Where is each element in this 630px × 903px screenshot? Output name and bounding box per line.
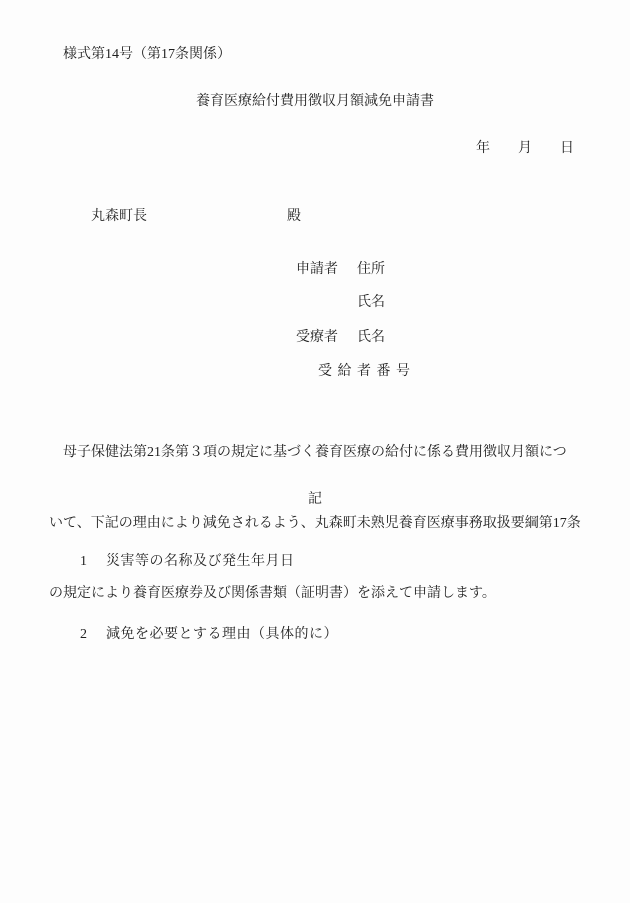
date-day-label: 日 — [560, 139, 574, 159]
list-item-1-text: 災害等の名称及び発生年月日 — [106, 554, 295, 569]
form-number: 様式第14号（第17条関係） — [63, 45, 231, 65]
addressee-line: 丸森町長殿 — [77, 187, 301, 247]
date-month-label: 月 — [518, 139, 532, 159]
date-line: 年 月 日 — [476, 139, 574, 159]
list-item-1: 1災害等の名称及び発生年月日 — [66, 532, 295, 592]
addressee-name: 丸森町長 — [91, 209, 147, 224]
document-title: 養育医療給付費用徴収月額減免申請書 — [0, 92, 630, 112]
list-item-1-number: 1 — [80, 554, 87, 569]
body-paragraph-line: 母子保健法第21条第３項の規定に基づく養育医療の給付に係る費用徴収月額につ — [49, 441, 589, 465]
applicant-label: 申請者 — [296, 262, 338, 277]
application-form-page: 様式第14号（第17条関係） 養育医療給付費用徴収月額減免申請書 年 月 日 丸… — [0, 0, 630, 903]
list-item-2-text: 減免を必要とする理由（具体的に） — [106, 627, 338, 642]
beneficiary-number-label: 受給者番号 — [318, 364, 416, 379]
list-item-2-number: 2 — [80, 627, 87, 642]
list-item-2: 2減免を必要とする理由（具体的に） — [66, 605, 338, 665]
list-header-ki: 記 — [0, 490, 630, 510]
beneficiary-number-row: 受給者番号 — [282, 342, 416, 402]
addressee-honorific: 殿 — [287, 209, 301, 224]
date-year-label: 年 — [476, 139, 490, 159]
